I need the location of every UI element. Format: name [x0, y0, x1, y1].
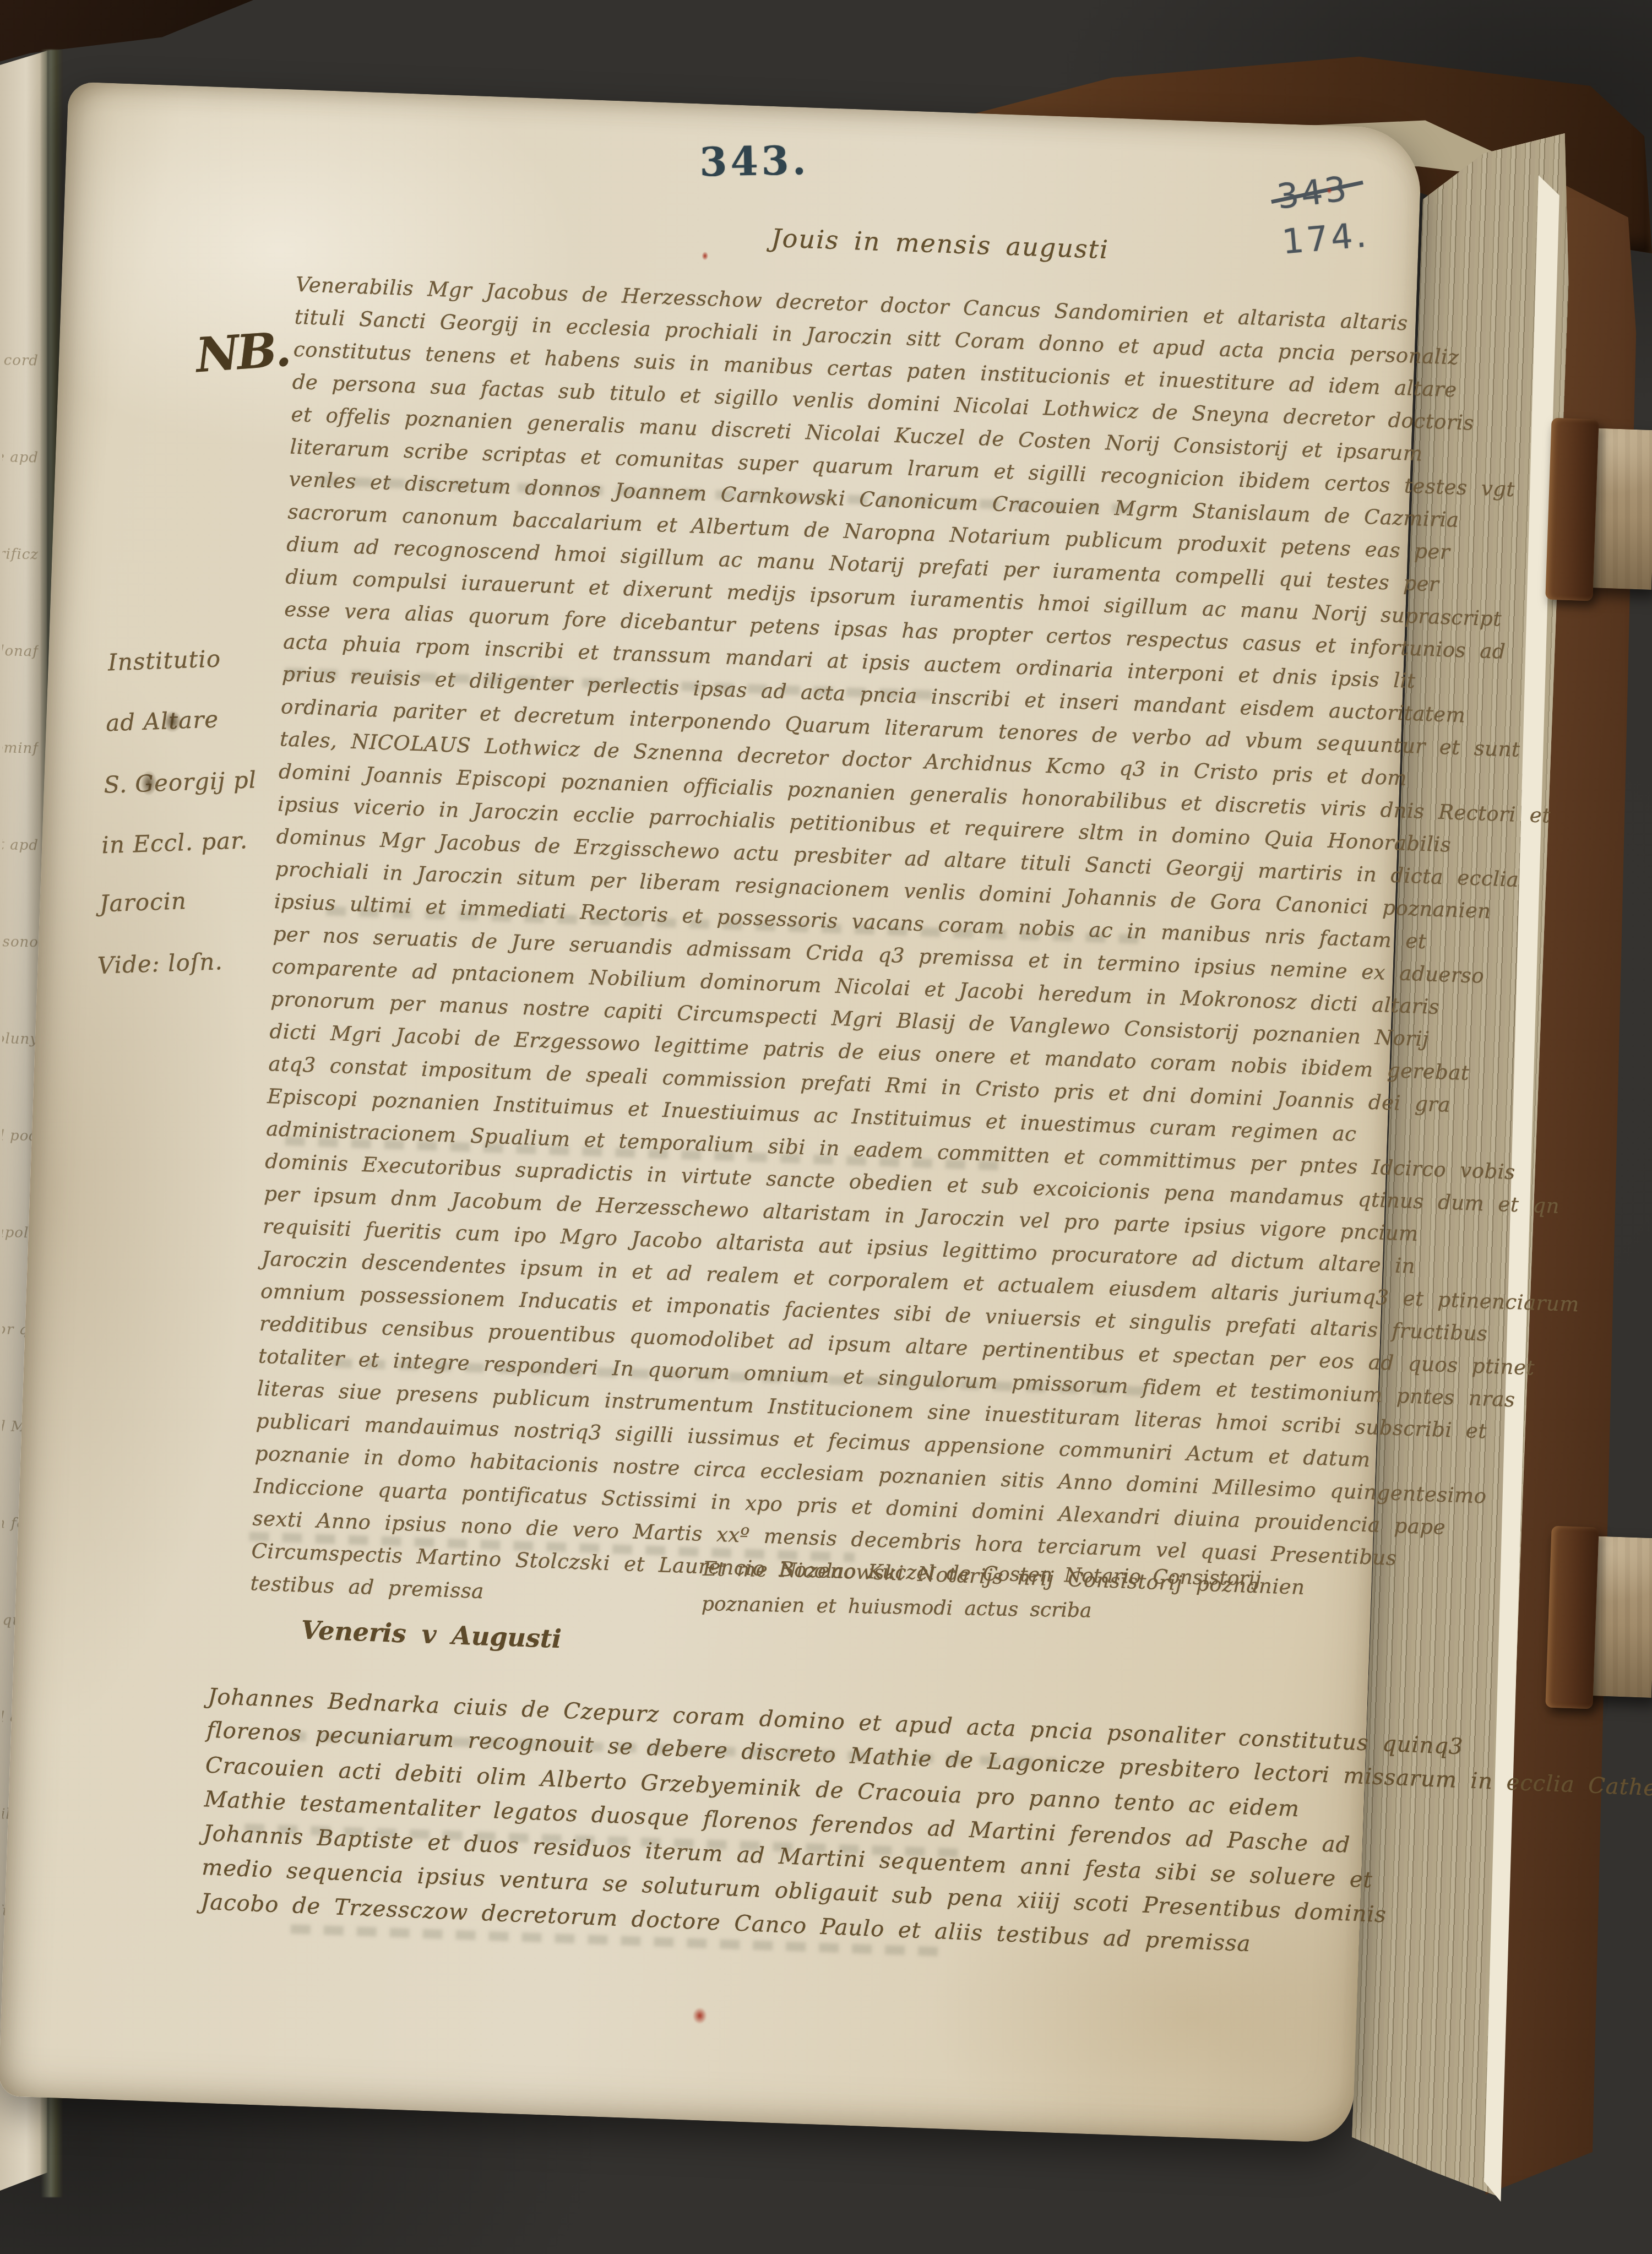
- entry1-line-41: testibus ad premissa: [250, 1571, 485, 1603]
- margin-note-line-5: Jarocin: [99, 887, 187, 917]
- manuscript-page: 343. 343 174. Jouis in mensis augusti NB…: [0, 82, 1422, 2143]
- closing-line-2: poznanien et huiusmodi actus scriba: [702, 1593, 1092, 1622]
- facing-fragment-5: pso dominf: [2, 740, 39, 757]
- manuscript-photo: ras cordaudre apdin Mgrificzquo donafpso…: [0, 0, 1652, 2254]
- margin-note-line-2: ad Altare: [105, 705, 219, 736]
- clasp-anchor-bottom: [1545, 1526, 1599, 1709]
- folio-number-ink: 343.: [699, 137, 810, 185]
- red-stain: [692, 2007, 707, 2024]
- entry2-date-heading: Veneris v Augusti: [301, 1615, 562, 1654]
- nota-bene-mark: NB.: [194, 322, 291, 384]
- margin-note-line-4: in Eccl. par.: [101, 827, 248, 859]
- margin-note-line-1: Institutio: [107, 645, 221, 676]
- facing-fragment-7: ryanoÿ sono: [2, 933, 39, 951]
- facing-fragment-6: mo et apd: [2, 837, 39, 854]
- margin-note-line-6: Vide: loſn.: [97, 948, 224, 979]
- facing-fragment-1: ras cord: [2, 352, 39, 369]
- margin-note-line-3: S. Georgij pl: [104, 766, 257, 799]
- folio-number-pencil: 174.: [1280, 214, 1371, 262]
- facing-fragment-3: in Mgrificz: [2, 546, 39, 563]
- red-ink-speck: [702, 252, 709, 260]
- facing-fragment-2: audre apd: [2, 449, 39, 466]
- facing-fragment-4: quo donaf: [2, 643, 39, 660]
- facing-fragment-8: bis holuny: [2, 1030, 39, 1047]
- clasp-anchor-top: [1545, 418, 1599, 601]
- entry-date-header: Jouis in mensis augusti: [771, 223, 1110, 264]
